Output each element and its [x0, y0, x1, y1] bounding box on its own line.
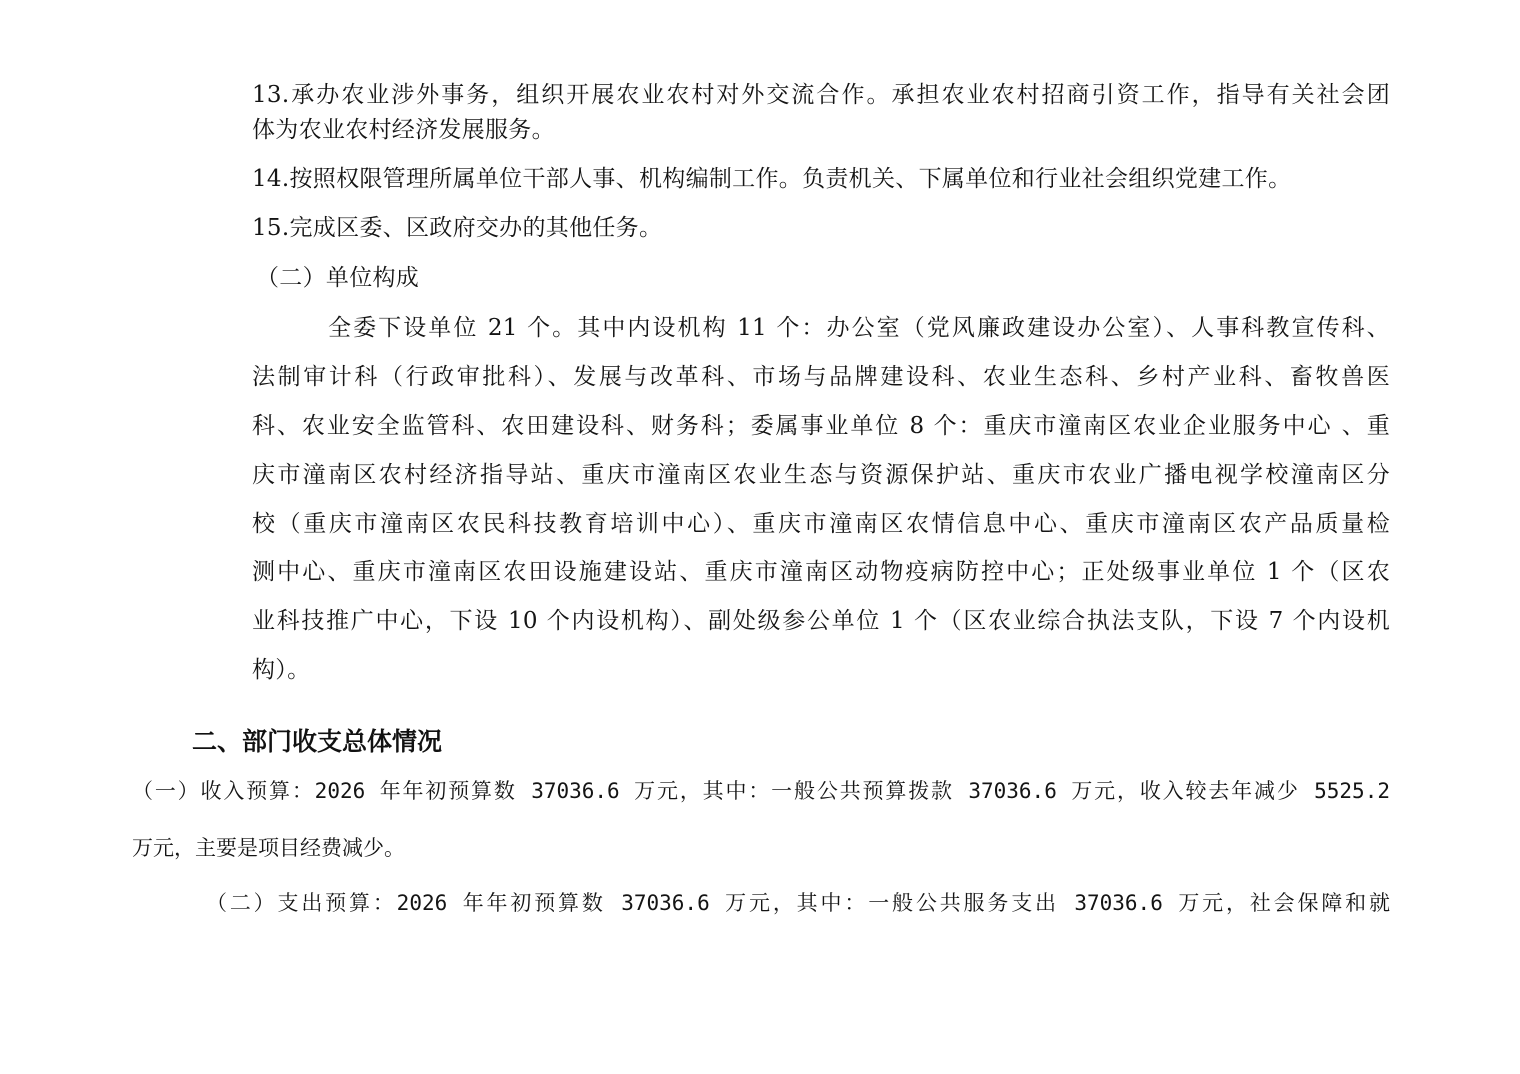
item-14: 14.按照权限管理所属单位干部人事、机构编制工作。负责机关、下属单位和行业社会组…	[252, 164, 1390, 194]
expenditure-budget-line-1: （二）支出预算：2026 年年初预算数 37036.6 万元，其中：一般公共服务…	[206, 888, 1390, 918]
income-budget-line-2: 万元，主要是项目经费减少。	[132, 833, 405, 863]
document-page: 13.承办农业涉外事务，组织开展农业农村对外交流合作。承担农业农村招商引资工作，…	[0, 0, 1520, 1074]
subsection-title-unit-composition: （二）单位构成	[256, 263, 419, 293]
unit-composition-line-5: 校（重庆市潼南区农民科技教育培训中心）、重庆市潼南区农情信息中心、重庆市潼南区农…	[252, 509, 1390, 539]
unit-composition-line-6: 测中心、重庆市潼南区农田设施建设站、重庆市潼南区动物疫病防控中心；正处级事业单位…	[252, 557, 1390, 587]
item-13-line-1: 13.承办农业涉外事务，组织开展农业农村对外交流合作。承担农业农村招商引资工作，…	[252, 80, 1390, 110]
item-13-line-2: 体为农业农村经济发展服务。	[252, 115, 1390, 145]
unit-composition-line-7: 业科技推广中心，下设 10 个内设机构）、副处级参公单位 1 个（区农业综合执法…	[252, 606, 1390, 636]
section-heading-budget-overview: 二、部门收支总体情况	[192, 726, 442, 758]
unit-composition-line-4: 庆市潼南区农村经济指导站、重庆市潼南区农业生态与资源保护站、重庆市农业广播电视学…	[252, 460, 1390, 490]
unit-composition-line-2: 法制审计科（行政审批科）、发展与改革科、市场与品牌建设科、农业生态科、乡村产业科…	[252, 362, 1390, 392]
income-budget-line-1: （一）收入预算：2026 年年初预算数 37036.6 万元，其中：一般公共预算…	[132, 776, 1390, 806]
unit-composition-line-3: 科、农业安全监管科、农田建设科、财务科；委属事业单位 8 个：重庆市潼南区农业企…	[252, 411, 1390, 441]
item-15: 15.完成区委、区政府交办的其他任务。	[252, 213, 1390, 243]
unit-composition-line-8: 构）。	[252, 655, 1390, 685]
unit-composition-line-1: 全委下设单位 21 个。其中内设机构 11 个：办公室（党风廉政建设办公室）、人…	[328, 313, 1390, 343]
